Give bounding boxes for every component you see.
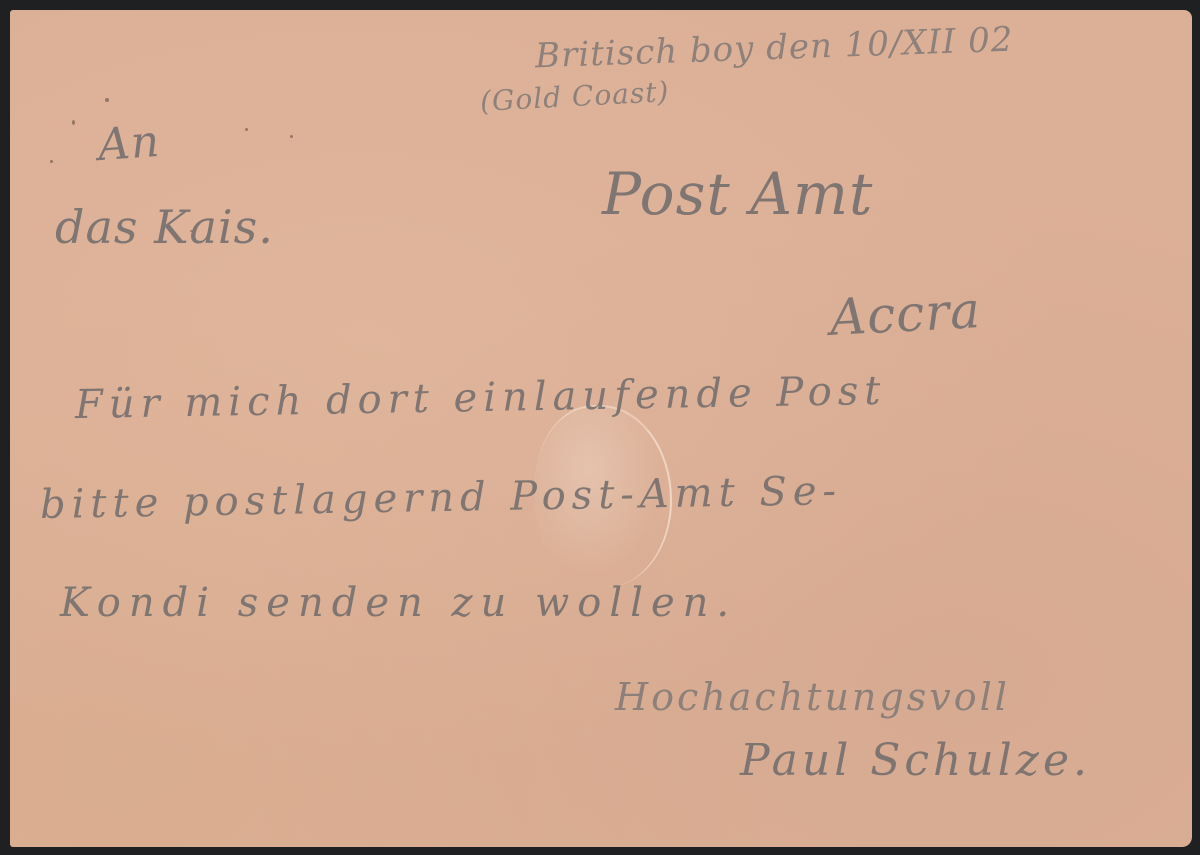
message-line1: Für mich dort einlaufende Post (75, 368, 887, 428)
annotation-date-line: Britisch boy den 10/XII 02 (534, 20, 1014, 77)
closing-signature: Paul Schulze. (740, 735, 1091, 786)
message-line3: Kondi senden zu wollen. (60, 580, 737, 626)
paper-speck (105, 98, 109, 102)
annotation-place-line: (Gold Coast) (479, 75, 670, 118)
address-salutation: An (96, 116, 162, 171)
message-line2: bitte postlagernd Post-Amt Se- (40, 468, 843, 528)
address-city: Accra (829, 281, 983, 347)
address-office: Post Amt (602, 160, 873, 228)
closing-valediction: Hochachtungsvoll (615, 675, 1010, 719)
paper-speck (245, 128, 248, 131)
postcard: Britisch boy den 10/XII 02 (Gold Coast) … (10, 10, 1192, 847)
paper-speck (50, 160, 53, 163)
paper-speck (290, 135, 293, 138)
address-line1: das Kais. (55, 200, 274, 254)
paper-speck (72, 120, 75, 125)
